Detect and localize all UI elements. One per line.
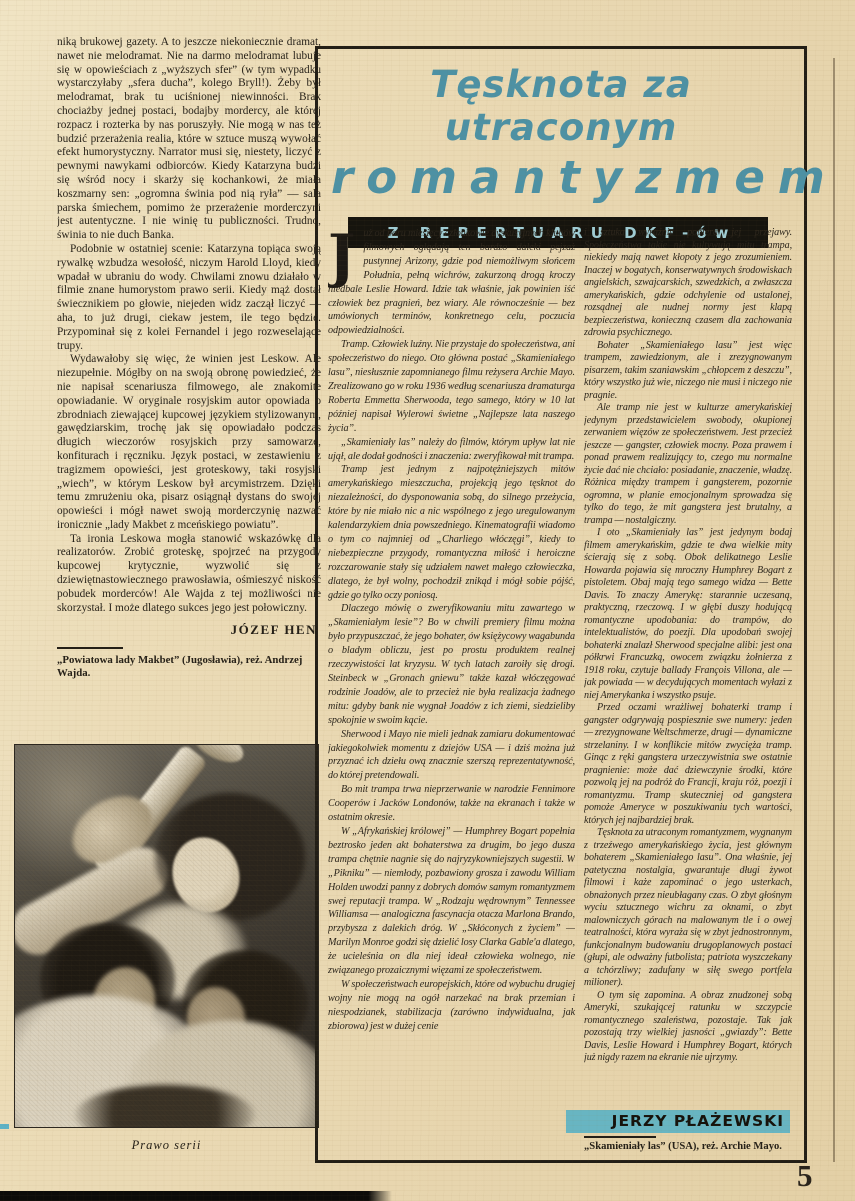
photo-grain-overlay: [15, 745, 318, 1127]
paragraph: Bo mit trampa trwa nieprzerwanie w narod…: [328, 783, 575, 825]
paragraph: Dlaczego mówię o zweryfikowaniu mitu zaw…: [328, 602, 575, 727]
paragraph: I oto „Skamieniały las” jest jedynym bod…: [584, 527, 792, 702]
photo-caption: Prawo serii: [15, 1138, 318, 1153]
paragraph: Sherwood i Mayo nie mieli jednak zamiaru…: [328, 728, 575, 784]
paragraph: Już od paru miesięcy członkowie dyskusyj…: [328, 227, 575, 338]
film-credit-footnote: „Skamieniały las” (USA), reż. Archie May…: [584, 1141, 796, 1153]
paragraph: W „Afrykańskiej królowej” — Humphrey Bog…: [328, 825, 575, 978]
author-signature: JÓZEF HEN: [57, 622, 321, 638]
scan-artifact: [0, 1124, 9, 1129]
bottom-scan-strip: [0, 1191, 392, 1201]
paragraph: Przed oczami wrażliwej bohaterki tramp i…: [584, 702, 792, 827]
page-edge-line: [833, 58, 835, 1162]
footnote-rule: [584, 1136, 656, 1138]
paragraph: „Skamieniały las” należy do filmów, któr…: [328, 436, 575, 464]
drop-cap: J: [328, 227, 363, 279]
article-title-line2: romantyzmem: [318, 151, 804, 204]
film-still-photo: [15, 745, 318, 1127]
left-review-column: niką brukowej gazety. A to jeszcze nieko…: [57, 36, 321, 742]
paragraph: Wydawałoby się więc, że winien jest Lesk…: [57, 353, 321, 532]
article-column-1: Już od paru miesięcy członkowie dyskusyj…: [328, 227, 575, 1157]
paragraph: Tęsknota za utraconym romantyzmem, wygna…: [584, 827, 792, 990]
article-title-line1: Tęsknota za utraconym: [318, 63, 804, 149]
paragraph: i sztuka wyraźnie popiera jej przejawy. …: [584, 227, 792, 340]
magazine-page: niką brukowej gazety. A to jeszcze nieko…: [0, 0, 855, 1201]
paragraph: niką brukowej gazety. A to jeszcze nieko…: [57, 36, 321, 243]
paragraph: O tym się zapomina. A obraz znudzonej so…: [584, 990, 792, 1065]
paragraph: Ale tramp nie jest w kulturze amerykańsk…: [584, 402, 792, 527]
paragraph: Bohater „Skamieniałego lasu” jest więc t…: [584, 340, 792, 403]
page-number: 5: [797, 1158, 813, 1194]
paragraph: Podobnie w ostatniej scenie: Katarzyna t…: [57, 243, 321, 353]
paragraph: Ta ironia Leskowa mogła stanowić wskazów…: [57, 533, 321, 616]
paragraph: W społeczeństwach europejskich, które od…: [328, 978, 575, 1034]
footnote-rule: [57, 647, 123, 649]
paragraph-text: uż od paru miesięcy członkowie dyskusyjn…: [328, 228, 575, 336]
film-credit-footnote: „Powiatowa lady Makbet” (Jugosławia), re…: [57, 654, 321, 679]
paragraph: Tramp. Człowiek luźny. Nie przystaje do …: [328, 338, 575, 435]
paragraph: Tramp jest jednym z najpotężniejszych mi…: [328, 463, 575, 602]
article-column-2: i sztuka wyraźnie popiera jej przejawy. …: [584, 227, 792, 1107]
author-highlight-band: JERZY PŁAŻEWSKI: [566, 1110, 790, 1133]
